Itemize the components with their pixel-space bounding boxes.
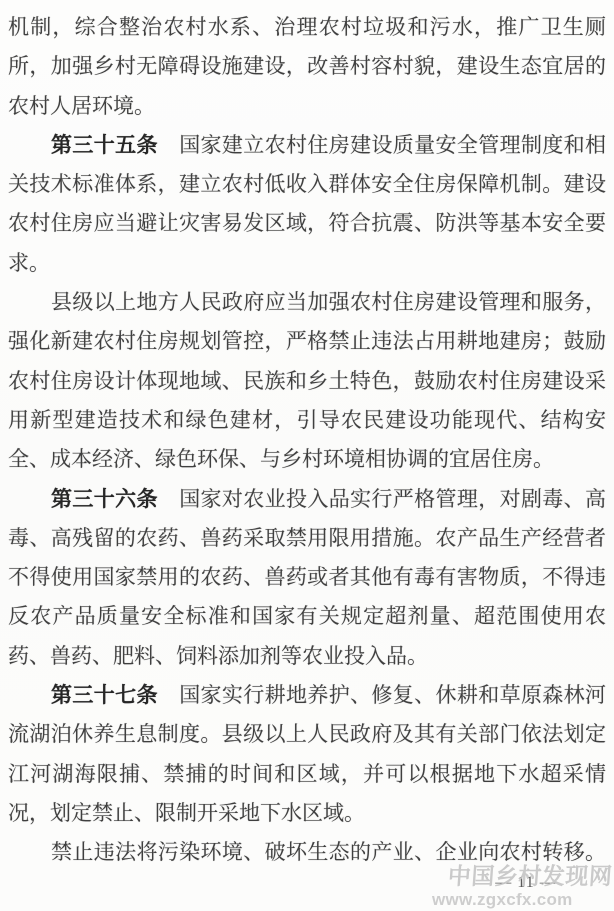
- text-line: 毒、高残留的农药、兽药采取禁用限用措施。农产品生产经营者: [8, 519, 606, 558]
- text-line: 用新型建造技术和绿色建材，引导农民建设功能现代、结构安: [8, 401, 606, 440]
- line-text: 县级以上地方人民政府应当加强农村住房建设管理和服务，: [51, 290, 606, 314]
- text-line: 关技术标准体系，建立农村低收入群体安全住房保障机制。建设: [8, 165, 606, 204]
- text-line: 不得使用国家禁用的农药、兽药或者其他有毒有害物质，不得违: [8, 558, 606, 597]
- line-text: 反农产品质量安全标准和国家有关规定超剂量、超范围使用农: [8, 604, 606, 628]
- text-line: 第三十七条 国家实行耕地养护、修复、休耕和草原森林河: [8, 676, 606, 715]
- line-text: 全、成本经济、绿色环保、与乡村环境相协调的宜居住房。: [8, 447, 554, 471]
- line-text: 求。: [8, 251, 50, 275]
- text-line: 农村住房应当避让灾害易发区域，符合抗震、防洪等基本安全要: [8, 204, 606, 243]
- watermark-url: www.zgxcfx.com: [432, 890, 582, 910]
- text-line: 药、兽药、肥料、饲料添加剂等农业投入品。: [8, 637, 606, 676]
- line-text: 江河湖海限捕、禁捕的时间和区域，并可以根据地下水超采情: [8, 762, 606, 786]
- line-text: 国家对农业投入品实行严格管理，对剧毒、高: [179, 487, 606, 511]
- text-line: 农村人居环境。: [8, 87, 606, 126]
- article-number: 第三十六条: [51, 488, 158, 511]
- line-text: 毒、高残留的农药、兽药采取禁用限用措施。农产品生产经营者: [8, 526, 606, 550]
- line-text: 禁止违法将污染环境、破坏生态的产业、企业向农村转移。: [51, 840, 606, 864]
- text-line: 反农产品质量安全标准和国家有关规定超剂量、超范围使用农: [8, 597, 606, 636]
- line-text: 国家实行耕地养护、修复、休耕和草原森林河: [179, 683, 606, 707]
- text-line: 禁止违法将污染环境、破坏生态的产业、企业向农村转移。: [8, 833, 606, 872]
- paragraph: 第三十五条 国家建立农村住房建设质量安全管理制度和相关技术标准体系，建立农村低收…: [8, 126, 606, 283]
- line-text: 机制，综合整治农村水系、治理农村垃圾和污水，推广卫生厕: [8, 15, 606, 39]
- paragraph: 禁止违法将污染环境、破坏生态的产业、企业向农村转移。: [8, 833, 606, 872]
- line-text: 流湖泊休养生息制度。县级以上人民政府及其有关部门依法划定: [8, 722, 606, 746]
- article-number: 第三十五条: [51, 134, 158, 157]
- line-text: 农村住房设计体现地域、民族和乡土特色，鼓励农村住房建设采: [8, 369, 606, 393]
- text-line: 强化新建农村住房规划管控，严格禁止违法占用耕地建房；鼓励: [8, 322, 606, 361]
- paragraph: 第三十六条 国家对农业投入品实行严格管理，对剧毒、高毒、高残留的农药、兽药采取禁…: [8, 480, 606, 676]
- line-text: 农村人居环境。: [8, 94, 155, 118]
- line-text: 农村住房应当避让灾害易发区域，符合抗震、防洪等基本安全要: [8, 211, 606, 235]
- text-line: 江河湖海限捕、禁捕的时间和区域，并可以根据地下水超采情: [8, 755, 606, 794]
- line-text: 关技术标准体系，建立农村低收入群体安全住房保障机制。建设: [8, 172, 606, 196]
- line-text: 况，划定禁止、限制开采地下水区域。: [8, 801, 365, 825]
- text-line: 第三十五条 国家建立农村住房建设质量安全管理制度和相: [8, 126, 606, 165]
- text-line: 况，划定禁止、限制开采地下水区域。: [8, 794, 606, 833]
- line-text: 不得使用国家禁用的农药、兽药或者其他有毒有害物质，不得违: [8, 565, 606, 589]
- document-page: 机制，综合整治农村水系、治理农村垃圾和污水，推广卫生厕所，加强乡村无障碍设施建设…: [0, 0, 614, 911]
- text-line: 机制，综合整治农村水系、治理农村垃圾和污水，推广卫生厕: [8, 8, 606, 47]
- text-line: 第三十六条 国家对农业投入品实行严格管理，对剧毒、高: [8, 480, 606, 519]
- line-text: 药、兽药、肥料、饲料添加剂等农业投入品。: [8, 644, 428, 668]
- text-line: 求。: [8, 244, 606, 283]
- line-text: 所，加强乡村无障碍设施建设，改善村容村貌，建设生态宜居的: [8, 54, 606, 78]
- text-line: 农村住房设计体现地域、民族和乡土特色，鼓励农村住房建设采: [8, 362, 606, 401]
- line-text: 用新型建造技术和绿色建材，引导农民建设功能现代、结构安: [8, 408, 606, 432]
- line-text: 国家建立农村住房建设质量安全管理制度和相: [179, 133, 606, 157]
- document-body: 机制，综合整治农村水系、治理农村垃圾和污水，推广卫生厕所，加强乡村无障碍设施建设…: [8, 8, 606, 873]
- paragraph: 县级以上地方人民政府应当加强农村住房建设管理和服务，强化新建农村住房规划管控，严…: [8, 283, 606, 479]
- page-number: — 11 —: [488, 874, 564, 892]
- text-line: 所，加强乡村无障碍设施建设，改善村容村貌，建设生态宜居的: [8, 47, 606, 86]
- line-text: 强化新建农村住房规划管控，严格禁止违法占用耕地建房；鼓励: [8, 329, 606, 353]
- text-line: 县级以上地方人民政府应当加强农村住房建设管理和服务，: [8, 283, 606, 322]
- text-line: 全、成本经济、绿色环保、与乡村环境相协调的宜居住房。: [8, 440, 606, 479]
- text-line: 流湖泊休养生息制度。县级以上人民政府及其有关部门依法划定: [8, 715, 606, 754]
- article-number: 第三十七条: [51, 684, 158, 707]
- paragraph: 机制，综合整治农村水系、治理农村垃圾和污水，推广卫生厕所，加强乡村无障碍设施建设…: [8, 8, 606, 126]
- paragraph: 第三十七条 国家实行耕地养护、修复、休耕和草原森林河流湖泊休养生息制度。县级以上…: [8, 676, 606, 833]
